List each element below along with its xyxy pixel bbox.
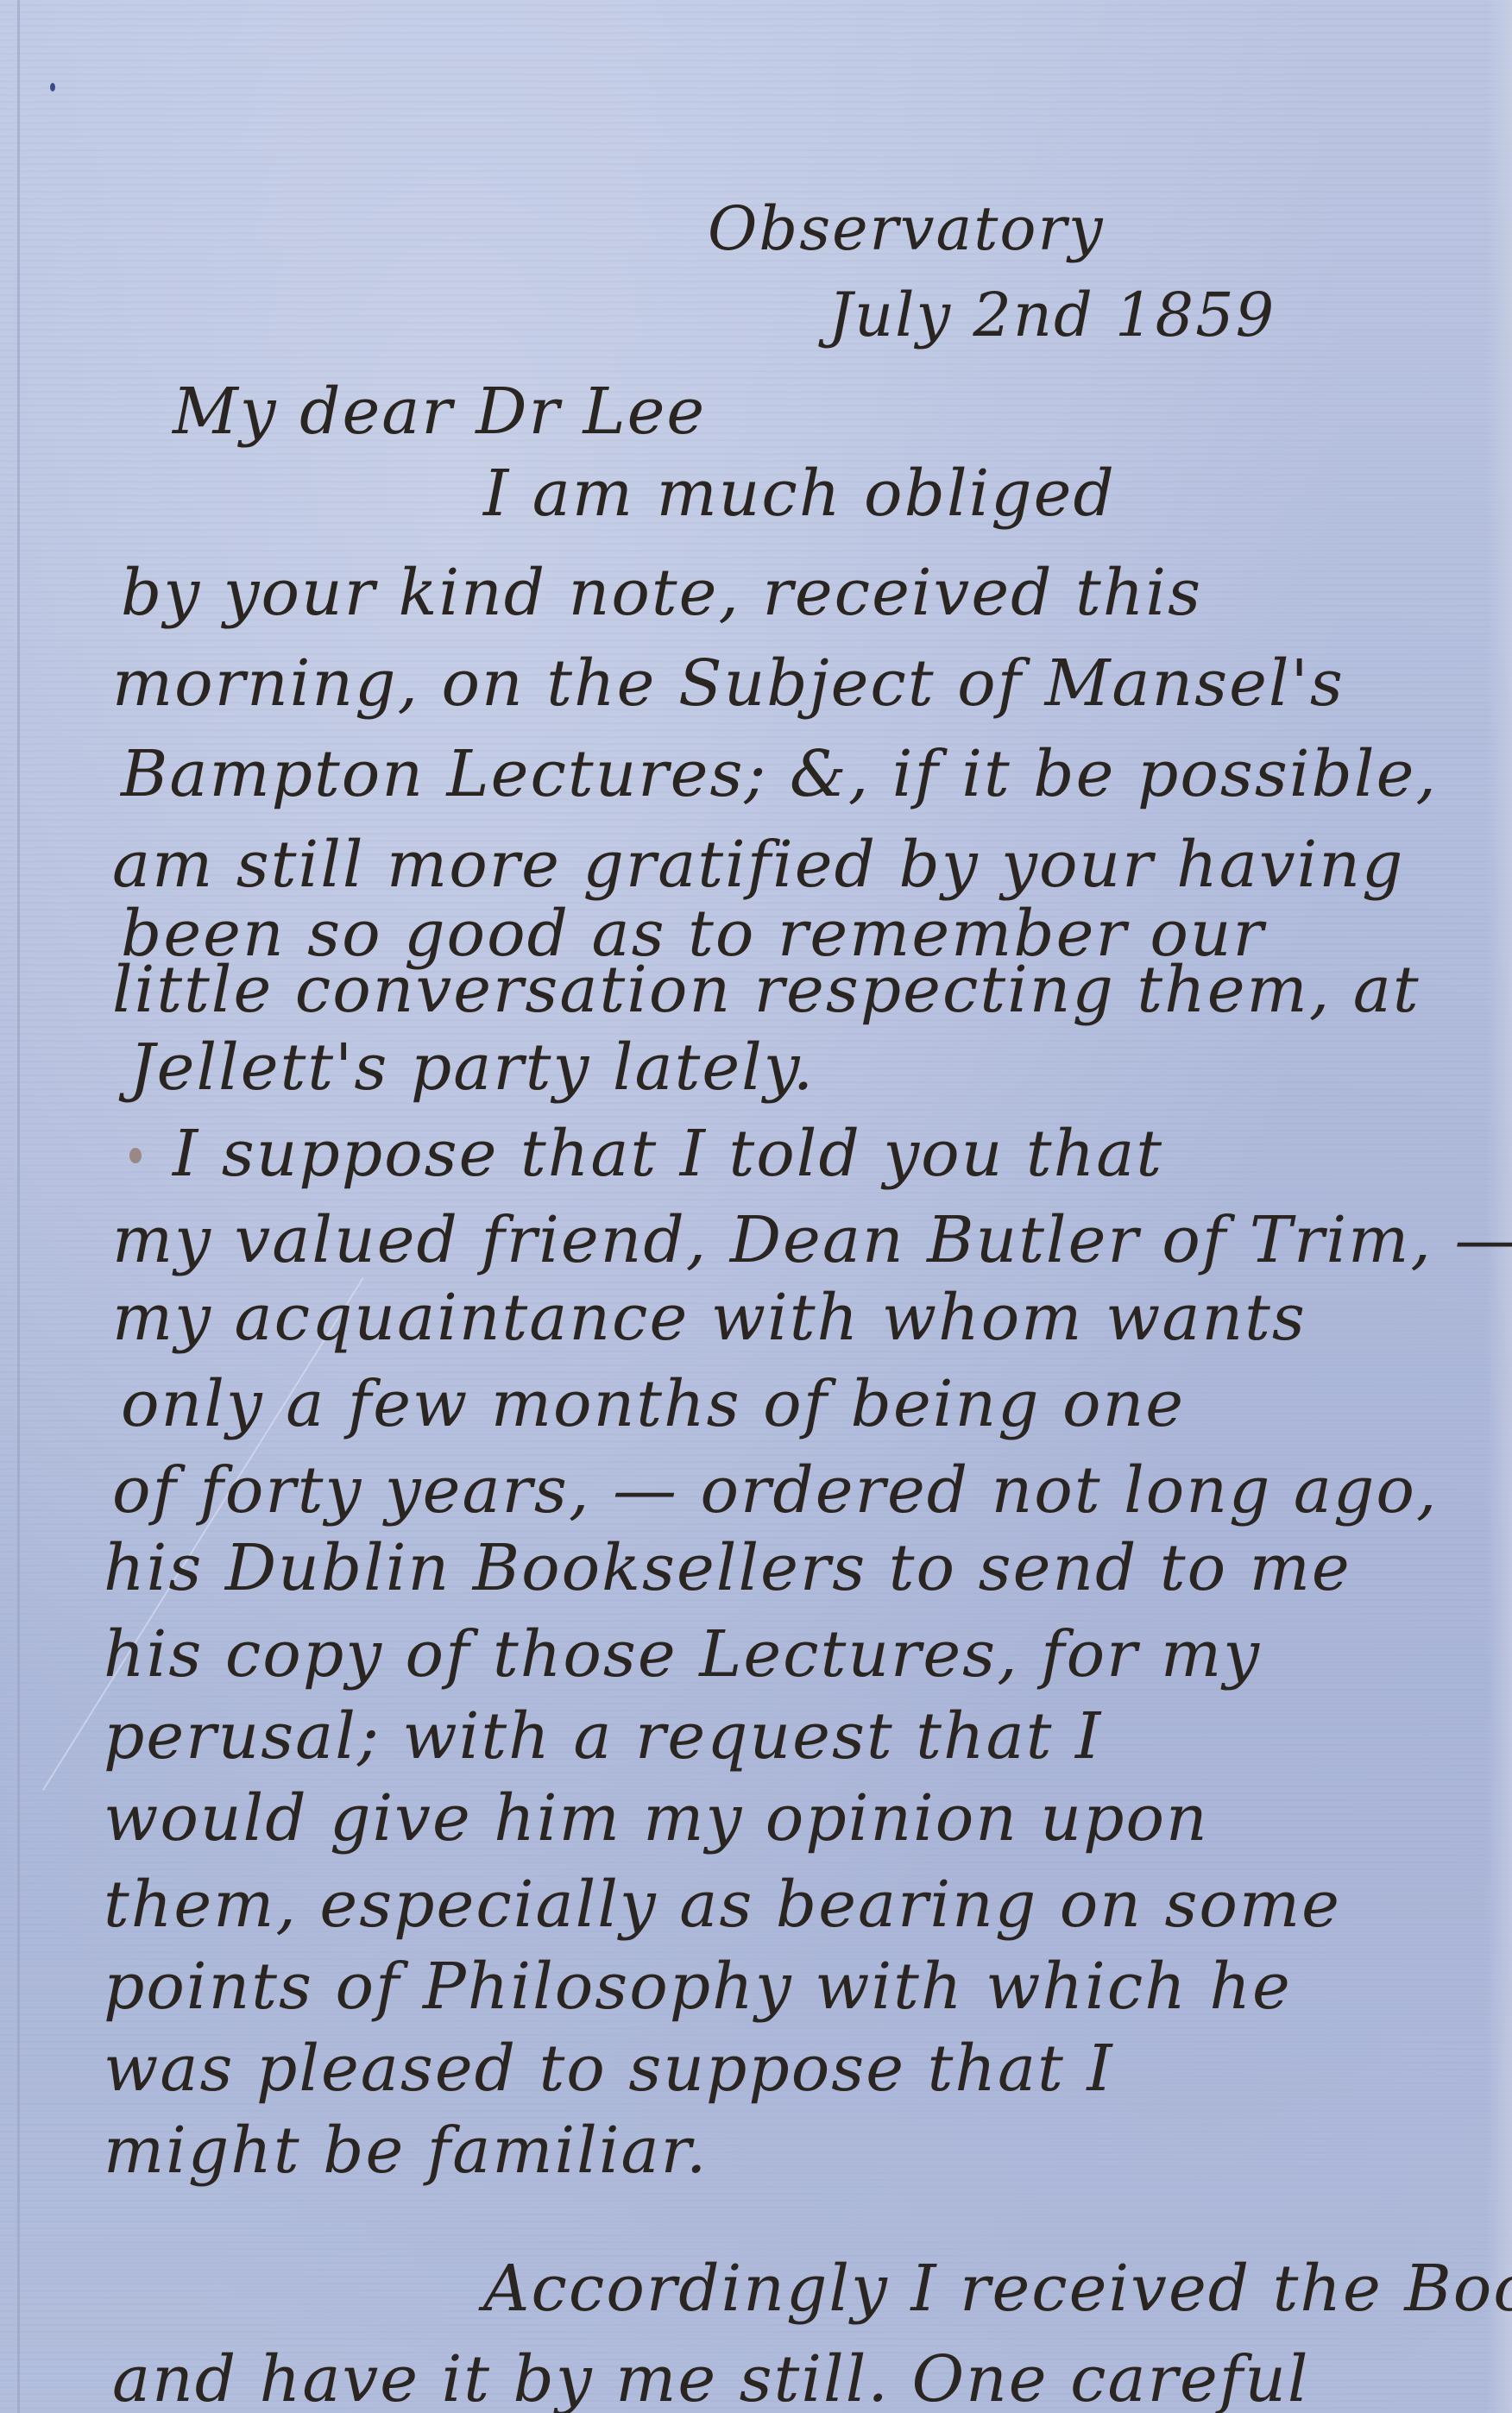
letter-line: Bampton Lectures; &, if it be possible, [121, 742, 1438, 806]
ink-spot [50, 83, 55, 91]
letter-place: Observatory [708, 198, 1105, 259]
letter-line: would give him my opinion upon [104, 1786, 1209, 1850]
letter-page: Observatory July 2nd 1859 My dear Dr Lee… [0, 0, 1512, 2413]
letter-line: am still more gratified by your having [112, 833, 1404, 897]
paper-left-edge [17, 0, 20, 2413]
letter-line: might be familiar. [104, 2119, 708, 2183]
letter-line: Accordingly I received the Book, [483, 2257, 1512, 2321]
letter-date: July 2nd 1859 [828, 285, 1276, 345]
letter-line: perusal; with a request that I [104, 1704, 1102, 1768]
letter-line: Jellett's party lately. [129, 1036, 815, 1099]
letter-line: and have it by me still. One careful [112, 2347, 1310, 2411]
letter-line: my acquaintance with whom wants [112, 1286, 1307, 1350]
ink-stain [129, 1148, 142, 1163]
letter-line: points of Philosophy with which he [104, 1955, 1292, 2019]
letter-line: my valued friend, Dean Butler of Trim, — [112, 1208, 1512, 1272]
letter-line: I am much obliged [483, 462, 1116, 526]
letter-line: his Dublin Booksellers to send to me [104, 1536, 1351, 1600]
letter-line: his copy of those Lectures, for my [104, 1622, 1261, 1686]
letter-line: only a few months of being one [121, 1372, 1185, 1436]
letter-line: by your kind note, received this [121, 561, 1202, 625]
letter-line: little conversation respecting them, at [112, 958, 1421, 1022]
letter-line: was pleased to suppose that I [104, 2037, 1114, 2101]
letter-line: of forty years, — ordered not long ago, [112, 1459, 1438, 1522]
letter-salutation: My dear Dr Lee [173, 380, 706, 444]
letter-line: I suppose that I told you that [173, 1122, 1163, 1186]
letter-line: them, especially as bearing on some [104, 1873, 1341, 1937]
letter-line: morning, on the Subject of Mansel's [112, 652, 1345, 715]
